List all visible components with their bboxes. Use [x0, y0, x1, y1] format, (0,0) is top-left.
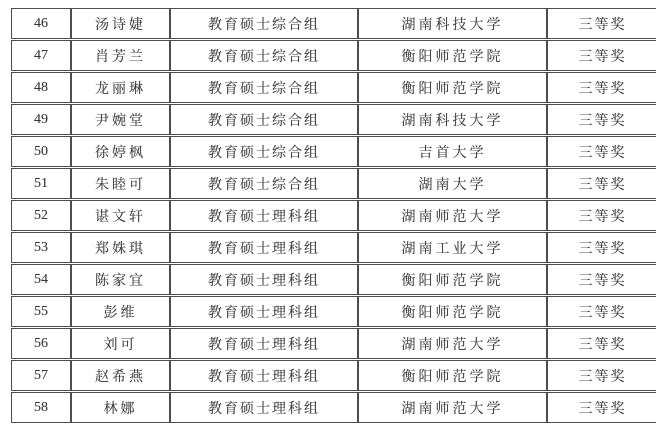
- cell-group: 教育硕士理科组: [170, 392, 358, 423]
- cell-number: 46: [11, 8, 71, 39]
- document-page: 46汤诗婕教育硕士综合组湖南科技大学三等奖47肖芳兰教育硕士综合组衡阳师范学院三…: [0, 0, 656, 444]
- table-row: 50徐婷枫教育硕士综合组吉首大学三等奖: [11, 136, 656, 167]
- cell-university: 湖南工业大学: [358, 232, 547, 263]
- cell-name: 刘可: [71, 328, 170, 359]
- cell-university: 湖南师范大学: [358, 392, 547, 423]
- table-row: 48龙丽琳教育硕士综合组衡阳师范学院三等奖: [11, 72, 656, 103]
- table-row: 56刘可教育硕士理科组湖南师范大学三等奖: [11, 328, 656, 359]
- cell-award: 三等奖: [547, 264, 656, 295]
- table-row: 53郑姝琪教育硕士理科组湖南工业大学三等奖: [11, 232, 656, 263]
- table-row: 55彭维教育硕士理科组衡阳师范学院三等奖: [11, 296, 656, 327]
- cell-award: 三等奖: [547, 360, 656, 391]
- cell-award: 三等奖: [547, 136, 656, 167]
- cell-university: 衡阳师范学院: [358, 296, 547, 327]
- cell-name: 徐婷枫: [71, 136, 170, 167]
- cell-name: 尹婉堂: [71, 104, 170, 135]
- cell-group: 教育硕士综合组: [170, 40, 358, 71]
- cell-university: 湖南师范大学: [358, 200, 547, 231]
- award-results-table: 46汤诗婕教育硕士综合组湖南科技大学三等奖47肖芳兰教育硕士综合组衡阳师范学院三…: [11, 7, 656, 424]
- cell-number: 55: [11, 296, 71, 327]
- cell-name: 林娜: [71, 392, 170, 423]
- cell-number: 47: [11, 40, 71, 71]
- cell-university: 湖南科技大学: [358, 104, 547, 135]
- cell-name: 彭维: [71, 296, 170, 327]
- table-row: 47肖芳兰教育硕士综合组衡阳师范学院三等奖: [11, 40, 656, 71]
- cell-university: 衡阳师范学院: [358, 360, 547, 391]
- cell-award: 三等奖: [547, 232, 656, 263]
- cell-university: 衡阳师范学院: [358, 72, 547, 103]
- cell-group: 教育硕士理科组: [170, 200, 358, 231]
- cell-university: 吉首大学: [358, 136, 547, 167]
- cell-group: 教育硕士综合组: [170, 168, 358, 199]
- cell-award: 三等奖: [547, 8, 656, 39]
- cell-university: 湖南大学: [358, 168, 547, 199]
- cell-group: 教育硕士理科组: [170, 296, 358, 327]
- cell-award: 三等奖: [547, 392, 656, 423]
- cell-university: 湖南师范大学: [358, 328, 547, 359]
- award-table-body: 46汤诗婕教育硕士综合组湖南科技大学三等奖47肖芳兰教育硕士综合组衡阳师范学院三…: [11, 8, 656, 423]
- cell-number: 50: [11, 136, 71, 167]
- cell-group: 教育硕士综合组: [170, 104, 358, 135]
- cell-award: 三等奖: [547, 40, 656, 71]
- cell-name: 汤诗婕: [71, 8, 170, 39]
- cell-group: 教育硕士综合组: [170, 72, 358, 103]
- cell-award: 三等奖: [547, 296, 656, 327]
- cell-university: 衡阳师范学院: [358, 264, 547, 295]
- cell-name: 郑姝琪: [71, 232, 170, 263]
- table-row: 46汤诗婕教育硕士综合组湖南科技大学三等奖: [11, 8, 656, 39]
- table-row: 58林娜教育硕士理科组湖南师范大学三等奖: [11, 392, 656, 423]
- cell-group: 教育硕士理科组: [170, 232, 358, 263]
- cell-number: 48: [11, 72, 71, 103]
- cell-number: 51: [11, 168, 71, 199]
- cell-group: 教育硕士综合组: [170, 136, 358, 167]
- cell-name: 龙丽琳: [71, 72, 170, 103]
- cell-number: 57: [11, 360, 71, 391]
- cell-number: 53: [11, 232, 71, 263]
- cell-number: 58: [11, 392, 71, 423]
- cell-number: 54: [11, 264, 71, 295]
- cell-number: 52: [11, 200, 71, 231]
- cell-name: 谌文轩: [71, 200, 170, 231]
- cell-group: 教育硕士综合组: [170, 8, 358, 39]
- cell-university: 衡阳师范学院: [358, 40, 547, 71]
- cell-group: 教育硕士理科组: [170, 360, 358, 391]
- cell-award: 三等奖: [547, 72, 656, 103]
- table-row: 52谌文轩教育硕士理科组湖南师范大学三等奖: [11, 200, 656, 231]
- cell-award: 三等奖: [547, 168, 656, 199]
- cell-number: 56: [11, 328, 71, 359]
- cell-name: 肖芳兰: [71, 40, 170, 71]
- cell-name: 陈家宜: [71, 264, 170, 295]
- cell-group: 教育硕士理科组: [170, 328, 358, 359]
- cell-group: 教育硕士理科组: [170, 264, 358, 295]
- table-row: 57赵希燕教育硕士理科组衡阳师范学院三等奖: [11, 360, 656, 391]
- cell-award: 三等奖: [547, 104, 656, 135]
- cell-name: 朱睦可: [71, 168, 170, 199]
- table-row: 51朱睦可教育硕士综合组湖南大学三等奖: [11, 168, 656, 199]
- cell-name: 赵希燕: [71, 360, 170, 391]
- cell-award: 三等奖: [547, 200, 656, 231]
- table-row: 54陈家宜教育硕士理科组衡阳师范学院三等奖: [11, 264, 656, 295]
- cell-number: 49: [11, 104, 71, 135]
- cell-university: 湖南科技大学: [358, 8, 547, 39]
- table-row: 49尹婉堂教育硕士综合组湖南科技大学三等奖: [11, 104, 656, 135]
- cell-award: 三等奖: [547, 328, 656, 359]
